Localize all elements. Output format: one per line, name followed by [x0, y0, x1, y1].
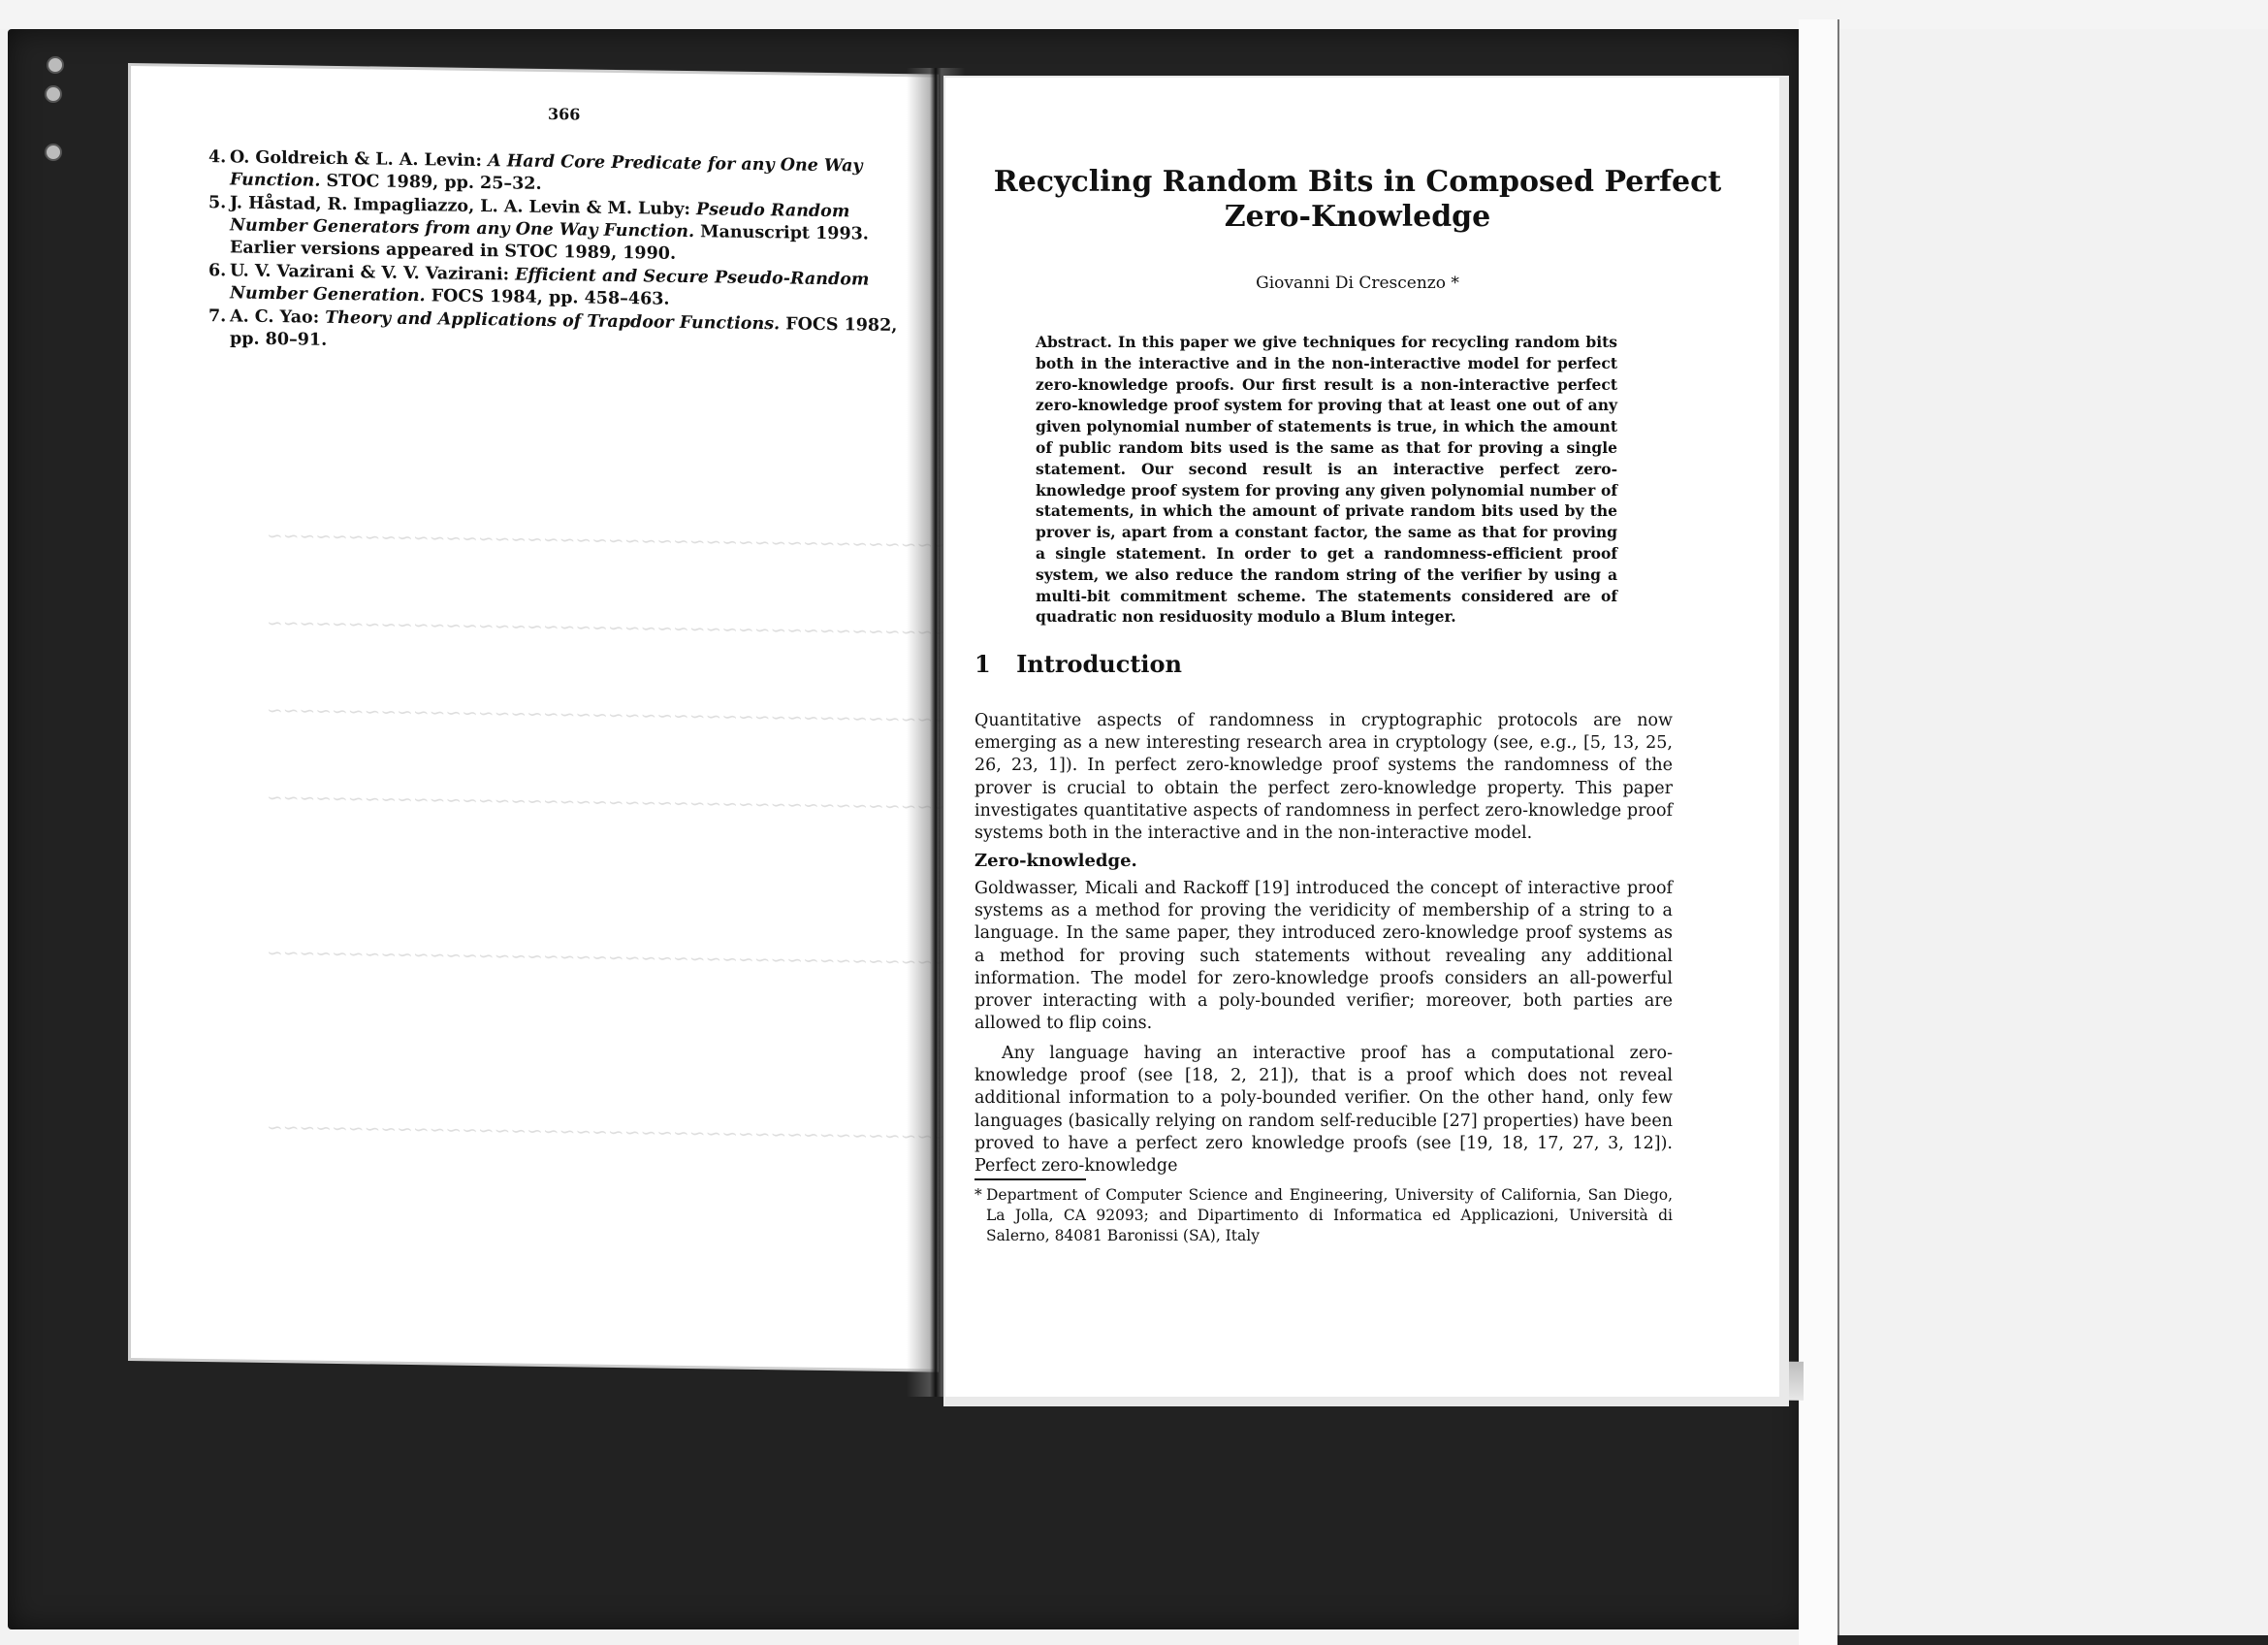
reference-venue: FOCS 1984, pp. 458–463.: [431, 286, 670, 308]
reference-authors: A. C. Yao:: [230, 306, 319, 327]
paragraph-heading: Zero-knowledge.: [974, 851, 1137, 871]
title-line: Zero-Knowledge: [974, 200, 1741, 235]
reference-authors: J. Håstad, R. Impagliazzo, L. A. Levin &…: [230, 193, 690, 219]
abstract-text: In this paper we give techniques for rec…: [1036, 333, 1617, 626]
bleed-through: ~~~~~~~~~~~~~~~~~~~~~~~~~~~~~~~~~~~~~~~~…: [267, 524, 966, 557]
reference-number: 6.: [208, 260, 226, 282]
binder-hole-icon: [45, 85, 62, 103]
reference-item: 7. A. C. Yao: Theory and Applications of…: [208, 306, 907, 360]
bleed-through: ~~~~~~~~~~~~~~~~~~~~~~~~~~~~~~~~~~~~~~~~…: [267, 611, 966, 644]
reference-venue: STOC 1989, pp. 25–32.: [327, 172, 542, 194]
section-number: 1: [974, 650, 991, 678]
bleed-through: ~~~~~~~~~~~~~~~~~~~~~~~~~~~~~~~~~~~~~~~~…: [267, 786, 966, 819]
paper-edge: [1799, 19, 1839, 1645]
footnote-mark: *: [974, 1185, 982, 1206]
reference-authors: U. V. Vazirani & V. V. Vazirani:: [230, 261, 509, 284]
reference-authors: O. Goldreich & L. A. Levin:: [230, 147, 482, 171]
abstract-label: Abstract.: [1036, 333, 1112, 351]
page-number: 366: [548, 105, 580, 123]
paper-title: Recycling Random Bits in Composed Perfec…: [974, 165, 1741, 235]
reference-title: Theory and Applications of Trapdoor Func…: [325, 308, 780, 335]
body-paragraph: Quantitative aspects of randomness in cr…: [974, 710, 1673, 845]
reference-item: 5. J. Håstad, R. Impagliazzo, L. A. Levi…: [208, 192, 907, 269]
reference-number: 5.: [208, 192, 226, 214]
bleed-through: ~~~~~~~~~~~~~~~~~~~~~~~~~~~~~~~~~~~~~~~~…: [267, 941, 966, 974]
bleed-through: ~~~~~~~~~~~~~~~~~~~~~~~~~~~~~~~~~~~~~~~~…: [267, 1115, 966, 1148]
section-heading: 1 Introduction: [974, 650, 1182, 678]
reference-number: 7.: [208, 306, 226, 328]
footnote: * Department of Computer Science and Eng…: [974, 1185, 1673, 1246]
footnote-rule: [974, 1178, 1086, 1180]
author-name: Giovanni Di Crescenzo *: [974, 274, 1741, 293]
body-paragraph: Goldwasser, Micali and Rackoff [19] intr…: [974, 878, 1673, 1035]
binder-hole-icon: [45, 144, 62, 161]
body-paragraph: Any language having an interactive proof…: [974, 1043, 1673, 1177]
right-page: Recycling Random Bits in Composed Perfec…: [945, 78, 1779, 1397]
left-page: 366 4. O. Goldreich & L. A. Levin: A Har…: [131, 66, 936, 1370]
section-title: Introduction: [1016, 650, 1182, 678]
abstract: Abstract. In this paper we give techniqu…: [1036, 332, 1617, 628]
bleed-through: ~~~~~~~~~~~~~~~~~~~~~~~~~~~~~~~~~~~~~~~~…: [267, 698, 966, 731]
title-line: Recycling Random Bits in Composed Perfec…: [974, 165, 1741, 200]
reference-number: 4.: [208, 146, 226, 169]
scan-border: [1837, 1635, 2268, 1645]
reference-list: 4. O. Goldreich & L. A. Levin: A Hard Co…: [208, 146, 907, 361]
binder-hole-icon: [47, 56, 64, 74]
footnote-text: Department of Computer Science and Engin…: [986, 1186, 1673, 1244]
